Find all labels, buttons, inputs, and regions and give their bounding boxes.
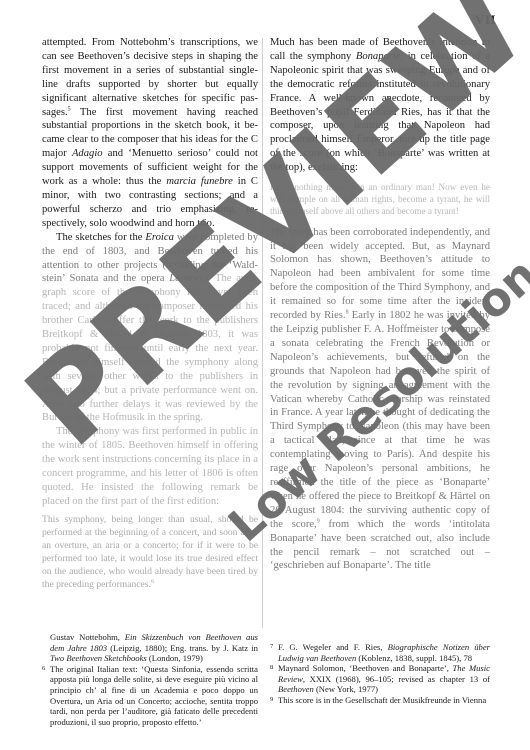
paragraph: The symphony was first performed in publ… xyxy=(42,425,258,508)
footnote: 6The original Italian text: ‘Questa Sinf… xyxy=(42,664,258,728)
paragraph: Much has been made of Beethoven’s intent… xyxy=(270,36,490,175)
paragraph: The story has been corroborated independ… xyxy=(270,226,490,574)
paragraph: The sketches for the Eroica were complet… xyxy=(42,231,258,426)
footnote: 7F. G. Wegeler and F. Ries, Biographisch… xyxy=(270,642,490,663)
footnote: Gustav Nottebohm, Ein Skizzenbuch von Be… xyxy=(42,632,258,664)
footnote-marker: 6 xyxy=(42,664,50,675)
right-column: Much has been made of Beethoven’s intent… xyxy=(270,36,490,573)
page-number: VII xyxy=(475,12,496,28)
block-quote: He is nothing more than an ordinary man!… xyxy=(270,181,490,218)
footnotes-right: 7F. G. Wegeler and F. Ries, Biographisch… xyxy=(270,642,490,706)
footnotes-left: Gustav Nottebohm, Ein Skizzenbuch von Be… xyxy=(42,632,258,727)
footnote: 8Maynard Solomon, ‘Beethoven and Bonapar… xyxy=(270,663,490,695)
left-column: attempted. From Nottebohm’s transcriptio… xyxy=(42,36,258,591)
paragraph: attempted. From Nottebohm’s transcriptio… xyxy=(42,36,258,231)
block-quote: This symphony, being longer than usual, … xyxy=(42,513,258,591)
footnote-marker: 7 xyxy=(270,642,278,653)
footnote: 9This score is in the Gesellschaft der M… xyxy=(270,695,490,706)
column-divider xyxy=(262,38,263,628)
footnote-marker: 8 xyxy=(270,663,278,674)
footnote-marker: 9 xyxy=(270,695,278,706)
